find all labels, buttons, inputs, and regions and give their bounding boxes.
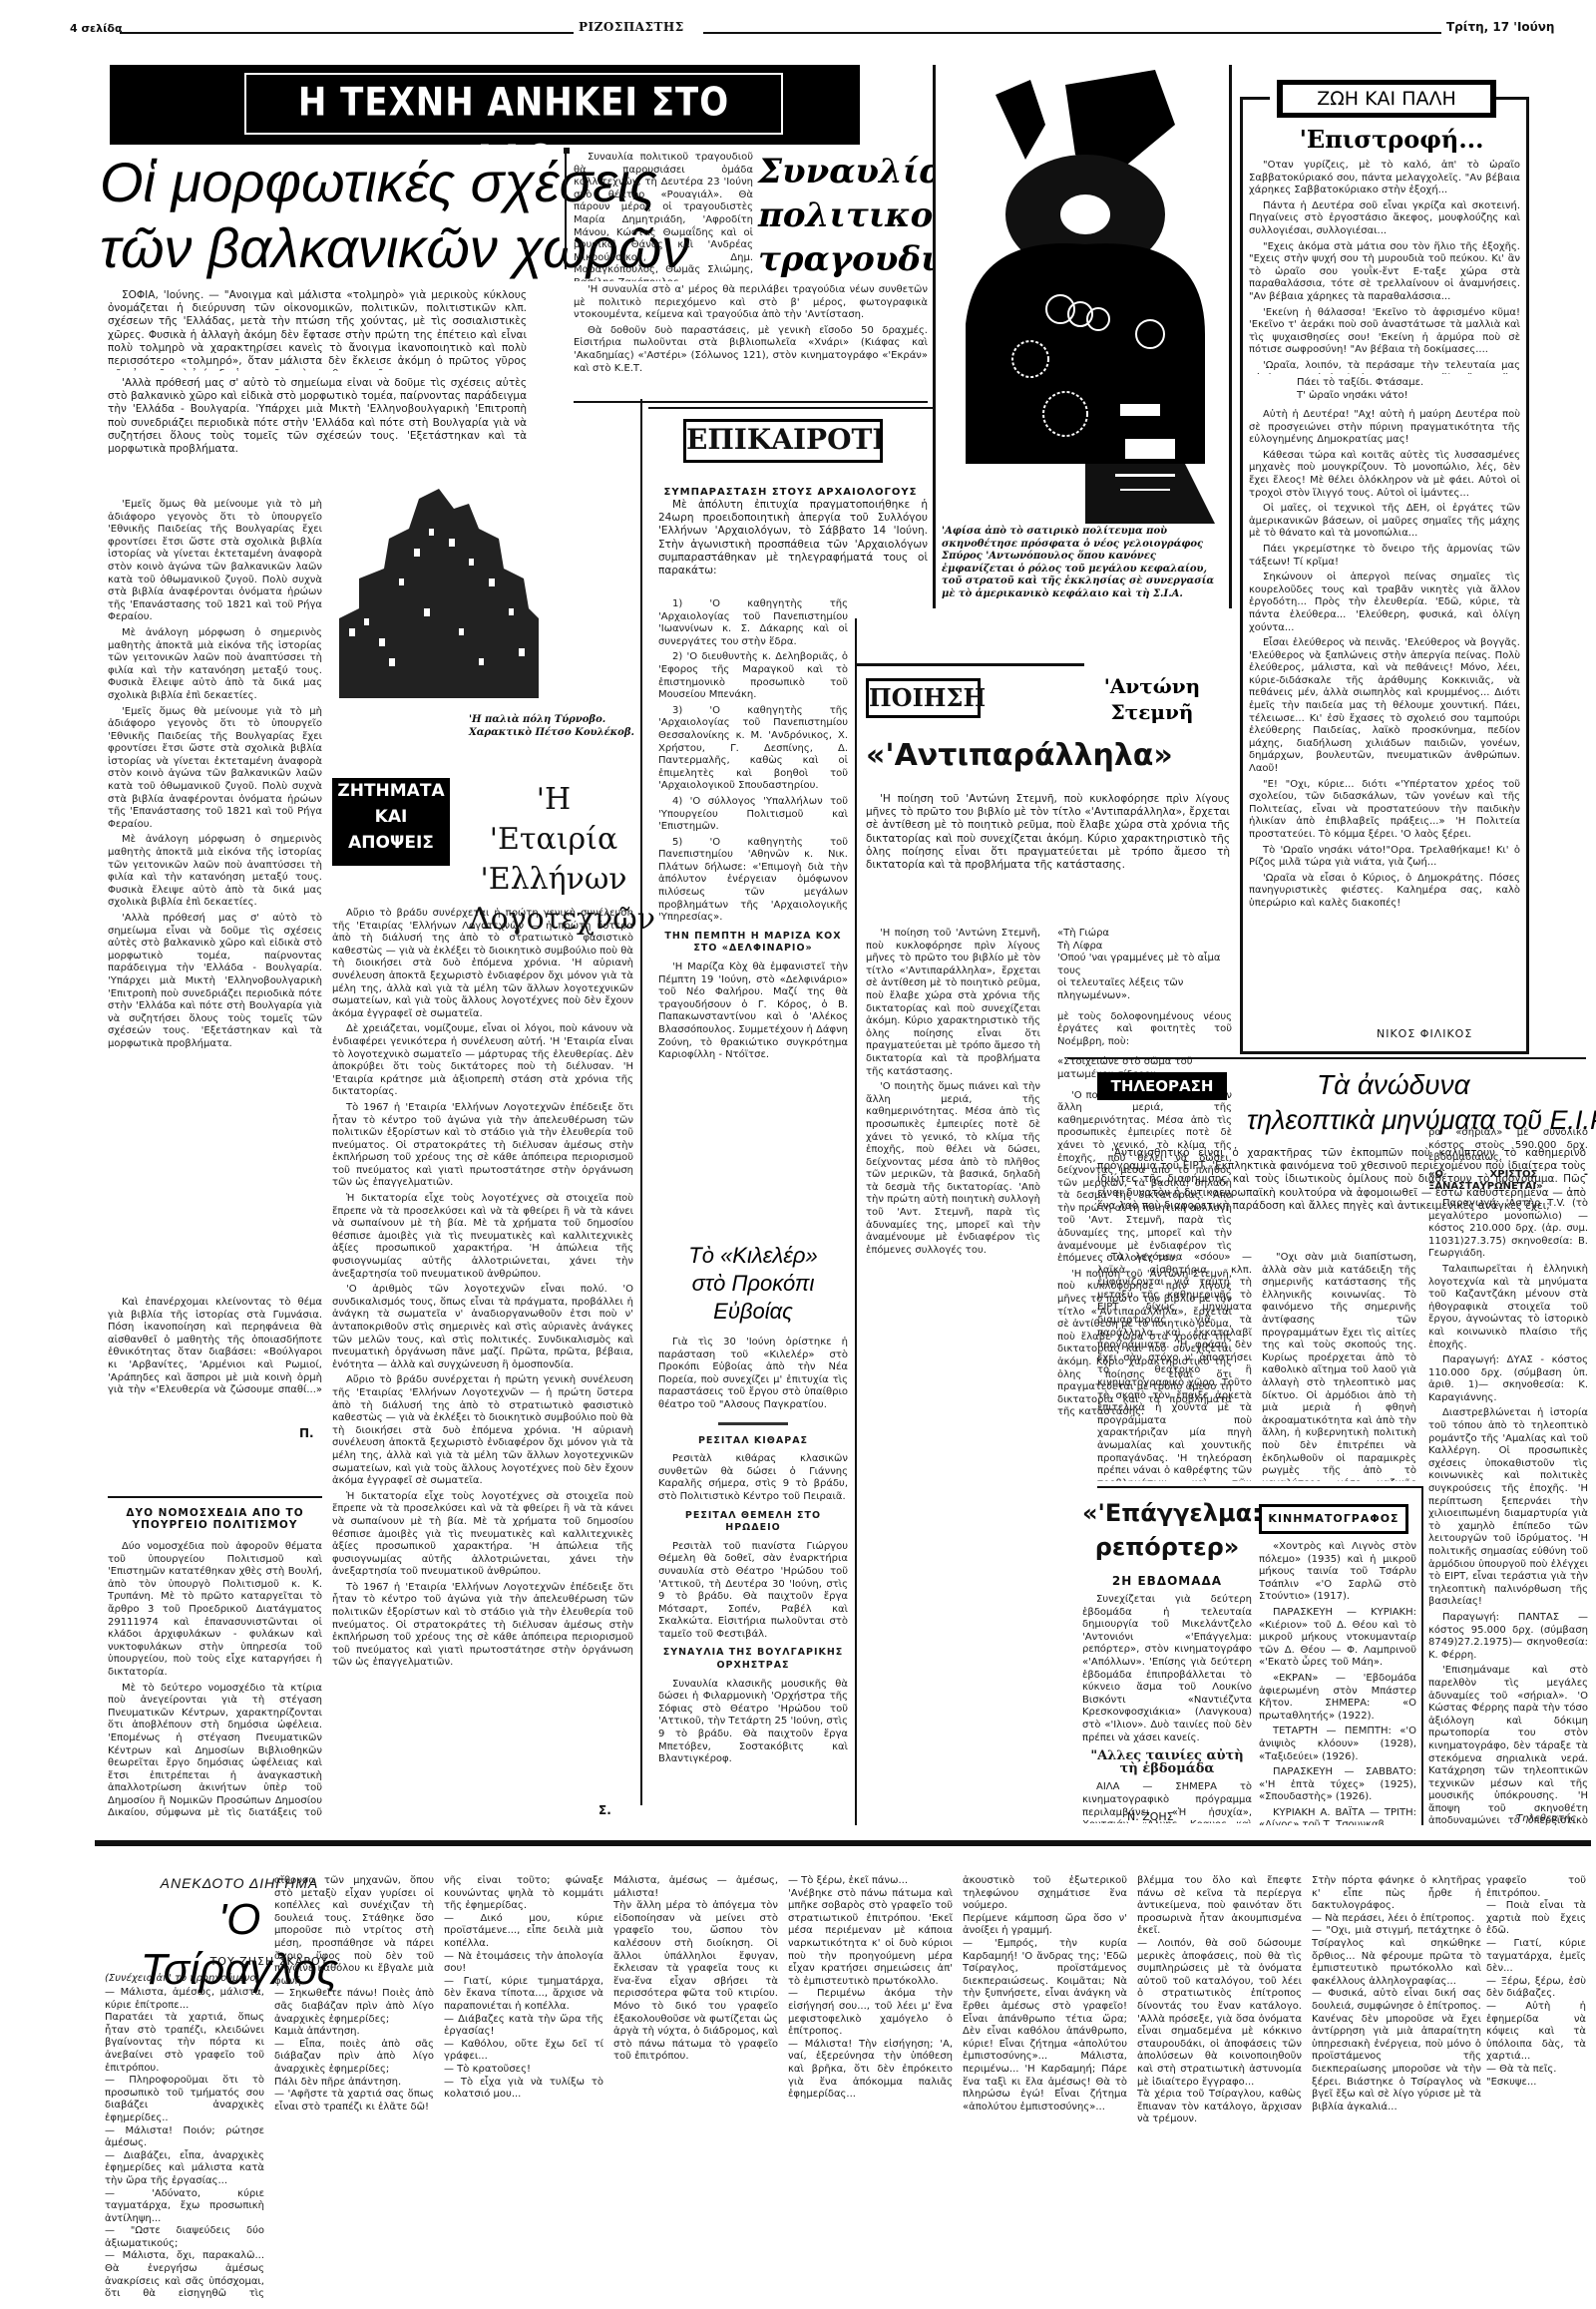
tileorasi-mid-rule bbox=[1097, 1486, 1421, 1488]
tileorasi-box: ΤΗΛΕΟΡΑΣΗ bbox=[1097, 1072, 1227, 1100]
zoi-paragraph-6: Αὐτὴ ἡ Δευτέρα! "Αχ! αὐτὴ ἡ μαύρη Δευτέρ… bbox=[1249, 409, 1520, 447]
cinema-item-5: ΠΑΡΑΣΚΕΥΗ — ΣΑΒΒΑΤΟ: «'Η ἐπτὰ τύχες» (19… bbox=[1259, 1766, 1416, 1804]
synavlia-paragraph-3: Θὰ δοθοῦν δυὸ παραστάσεις, μὲ γενικὴ εἴσ… bbox=[574, 325, 928, 375]
balkan-signature: Π. bbox=[299, 1426, 314, 1440]
zoi-paragraph-2: Πάντα ἡ Δευτέρα σοῦ εἶναι γκρίζα καὶ σκο… bbox=[1249, 200, 1520, 238]
zitimata-line2: ΚΑΙ bbox=[332, 804, 450, 830]
zoi-paragraph-14: 'Ωραῖα νὰ εἶσαι ὁ Κύριος, ὁ Δημοκράτης. … bbox=[1249, 873, 1520, 911]
poster-caption: 'Αφίσα ἀπὸ τὸ σατιρικὸ πολίτευμα ποὺ σκη… bbox=[942, 526, 1223, 600]
tileorasi-headline-1: Τὰ ἀνώδυνα bbox=[1317, 1069, 1470, 1101]
poiisi-title: ΠΟΙΗΣΗ bbox=[869, 683, 986, 712]
epikairotita-right-rule bbox=[855, 618, 857, 1825]
koch-text: 'Η Μαρίζα Κὸχ θὰ ἐμφανιστεῖ τὴν Πέμπτη 1… bbox=[658, 962, 848, 1062]
story-col1: — Μάλιστα, ἀμέσως, μάλιστα, κύριε ἐπίτρο… bbox=[105, 1987, 264, 2301]
balkan-column-mid: Καὶ ἐπανέρχομαι κλείνοντας τὸ θέμα γιὰ β… bbox=[108, 1297, 322, 1396]
zitimata-line3: ΑΠΟΨΕΙΣ bbox=[332, 830, 450, 856]
synavlia-bottom-rule bbox=[574, 401, 928, 403]
column-rule bbox=[640, 399, 642, 1805]
zoi-paragraph-13: Τὸ 'Ωραῖο νησάκι νάτο!"Ορα. Τρελαθήκαμε!… bbox=[1249, 845, 1520, 870]
amalia-review: Διαστρεβλώνεται ἡ ἱστορία τοῦ τόπου ἀπὸ … bbox=[1428, 1407, 1588, 1609]
tileorasi-title: ΤΗΛΕΟΡΑΣΗ bbox=[1111, 1077, 1214, 1095]
story-col3: νῆς εἶναι τοῦτο; φώναξε κουνώντας ψηλὰ τ… bbox=[444, 1875, 603, 2299]
kinimatografos-box: ΚΙΝΗΜΑΤΟΓΡΑΦΟΣ bbox=[1259, 1504, 1408, 1534]
zitimata-paragraph-2: Δὲ χρειάζεται, νομίζουμε, εἶναι οἱ λόγοι… bbox=[332, 1023, 633, 1099]
poster-lower-art bbox=[936, 464, 1229, 524]
tileorasi-col1-text: Τὰ λεγόμενα «σόου» — λαϊκὰ αἰσθητήρια κλ… bbox=[1097, 1252, 1252, 1481]
epikairotita-box: ΕΠΙΚΑΙΡΟΤΗΤΑ bbox=[683, 419, 883, 463]
synavlia-bullet bbox=[564, 148, 570, 154]
nomosxedia-paragraph-2: Μὲ τὸ δεύτερο νομοσχέδιο τὰ κτίρια ποὺ ἀ… bbox=[108, 1683, 322, 1820]
poiisi-verse-1: «Τὴ Γιώρα Τὴ Λίφρα 'Οπού 'ναι γραμμένες … bbox=[1057, 928, 1232, 1003]
themelis-recital-title: ΡΕΣΙΤΑΛ ΘΕΜΕΛΗ ΣΤΟ ΗΡΩΔΕΙΟ bbox=[658, 1510, 848, 1535]
themelis-recital-text: Ρεσιτὰλ τοῦ πιανίστα Γιώργου Θέμελη θὰ δ… bbox=[658, 1541, 848, 1642]
epikairotita-intro: Μὲ ἀπόλυτη ἐπιτυχία πραγματοποιήθηκε ἡ 2… bbox=[658, 499, 928, 593]
tileorasi-col1: Τὰ λεγόμενα «σόου» — λαϊκὰ αἰσθητήρια κλ… bbox=[1097, 1252, 1252, 1481]
zoi-paragraph-9: Πάει γκρεμίστηκε τὸ ὄνειρο τῆς ἁρμονίας … bbox=[1249, 544, 1520, 569]
masthead: 4 σελίδα ΡΙΖΟΣΠΑΣΤΗΣ Τρίτη, 17 'Ιούνη bbox=[70, 14, 1566, 38]
zoi-body-1: "Οταν γυρίζεις, μὲ τὸ καλό, ἀπ' τὸ ὡραῖο… bbox=[1249, 160, 1520, 374]
balkan-paragraph-3: 'Εμεῖς ὅμως θὰ μείνουμε γιὰ τὸ μὴ ἀδιάφο… bbox=[108, 499, 322, 624]
story-top-rule bbox=[95, 1840, 1591, 1846]
zoi-signature: ΝΙΚΟΣ ΦΙΛΙΚΟΣ bbox=[1377, 1027, 1472, 1040]
zoi-headline: 'Επιστροφή... bbox=[1277, 125, 1506, 154]
poiisi-author: 'Αντώνη Στεμνῆ bbox=[1087, 673, 1217, 725]
zitimata-paragraph-1: Αὔριο τὸ βράδυ συνέρχεται ἡ πρώτη γενικὴ… bbox=[332, 908, 633, 1020]
zitimata-paragraph-3: Τὸ 1967 ἡ 'Εταιρία 'Ελλήνων Λογοτεχνῶν ἐ… bbox=[332, 1102, 633, 1190]
kileler-headline: Τὸ «Κιλελέρ» στὸ Προκόπι Εὐβοίας bbox=[658, 1242, 848, 1326]
epangelma-headline-line1: «'Επάγγελμα: bbox=[1082, 1496, 1252, 1530]
other-films-text: ΑΙΛΑ — ΣΗΜΕΡΑ τὸ κινηματογραφικὸ πρόγραμ… bbox=[1082, 1781, 1252, 1823]
story-col9: γραφεῖο τοῦ ἐπιτρόπου. — Ποιὰ εἶναι τὰ χ… bbox=[1486, 1875, 1586, 2299]
masthead-rule-left bbox=[120, 32, 574, 34]
zoi-kai-pali-title: ΖΩΗ ΚΑΙ ΠΑΛΗ bbox=[1283, 85, 1490, 113]
epikairotita-item-2: 2) 'Ο διευθυντὴς κ. Δεληβοριᾶς, ὁ 'Εφορο… bbox=[658, 651, 848, 701]
zitimata-line1: ΖΗΤΗΜΑΤΑ bbox=[332, 778, 450, 804]
zoi-paragraph-11: Εἶσαι ἐλεύθερος νὰ πεινᾶς. 'Ελεύθερος νὰ… bbox=[1249, 637, 1520, 776]
zitimata-body: Αὔριο τὸ βράδυ συνέρχεται ἡ πρώτη γενικὴ… bbox=[332, 908, 633, 1800]
nomosxedia-title: ΔΥΟ ΝΟΜΟΣΧΕΔΙΑ ΑΠΟ ΤΟ ΥΠΟΥΡΓΕΙΟ ΠΟΛΙΤΙΣΜ… bbox=[108, 1507, 322, 1531]
tileorasi-col-rule bbox=[1421, 1486, 1423, 1825]
zitimata-box: ΖΗΤΗΜΑΤΑ ΚΑΙ ΑΠΟΨΕΙΣ bbox=[332, 778, 450, 866]
balkan-paragraph-2-cont: 'Αλλὰ πρόθεσή μας σ' αὐτὸ τὸ σημείωμα εἶ… bbox=[108, 913, 322, 1051]
story-col6: ἀκουστικὸ τοῦ ἐξωτερικοῦ τηλεφώνου σχημά… bbox=[963, 1875, 1127, 2299]
epangelma-headline: «'Επάγγελμα: ρεπόρτερ» bbox=[1082, 1496, 1252, 1564]
story-col4: Μάλιστα, ἀμέσως — ἀμέσως, μάλιστα! Τὴν ἄ… bbox=[613, 1875, 778, 2299]
section-banner: Η ΤΕΧΝΗ ΑΝΗΚΕΙ ΣΤΟ ΛΑΟ bbox=[110, 65, 860, 145]
kinimatografos-body: «Χοντρὸς καὶ Λιγνὸς στὸν πόλεμο» (1935) … bbox=[1259, 1541, 1416, 1825]
bulgarian-orchestra-title: ΣΥΝΑΥΛΙΑ ΤΗΣ ΒΟΥΛΓΑΡΙΚΗΣ ΟΡΧΗΣΤΡΑΣ bbox=[658, 1647, 848, 1672]
zoi-kai-pali-box: ΖΩΗ ΚΑΙ ΠΑΛΗ bbox=[1277, 80, 1496, 118]
story-col2: αἴθουσα τῶν μηχανῶν, ὅπου στὸ μεταξὺ εἶχ… bbox=[274, 1875, 434, 2299]
poiisi-box: ΠΟΙΗΣΗ bbox=[866, 678, 981, 718]
christos-title: «Ο ΧΡΙΣΤΟΣ - ΞΑΝΑΣΤΑΥΡΩΝΕΤΑΙ» bbox=[1428, 1169, 1588, 1194]
kileler-headline-line1: Τὸ «Κιλελέρ» bbox=[658, 1242, 848, 1270]
issue-date: Τρίτη, 17 'Ιούνη bbox=[1446, 20, 1554, 34]
balkan-paragraph-4-cont: Μὲ ἀνάλογη μόρφωση ὁ σημερινὸς μαθητὴς ἀ… bbox=[108, 834, 322, 910]
synavlia-headline: Συναυλία πολιτικοῦ τραγουδιοῦ bbox=[758, 150, 933, 281]
zoi-paragraph-10: Σηκώνουν οἱ ἀπεργοὶ πείνας σημαῖες τὶς κ… bbox=[1249, 572, 1520, 634]
epikairotita-title: ΕΠΙΚΑΙΡΟΤΗΤΑ bbox=[686, 423, 883, 456]
nomosxedia-rule bbox=[108, 1496, 322, 1498]
christos-production: Παραγωγή: 'Αστὴρ Τ.V. (τὸ μεγαλύτερο μον… bbox=[1428, 1198, 1588, 1261]
epangelma-text: Συνεχίζεται γιὰ δεύτερη ἑβδομάδα ἡ τελευ… bbox=[1082, 1594, 1252, 1744]
koch-title: ΤΗΝ ΠΕΜΠΤΗ Η ΜΑΡΙΖΑ ΚΟΧ ΣΤΟ «ΔΕΛΦΙΝΑΡΙΟ» bbox=[658, 931, 848, 956]
epangelma-body: Συνεχίζεται γιὰ δεύτερη ἑβδομάδα ἡ τελευ… bbox=[1082, 1594, 1252, 1823]
epangelma-week: 2Η ΕΒΔΟΜΑΔΑ bbox=[1082, 1574, 1252, 1588]
synavlia-lead: Συναυλία πολιτικοῦ τραγουδιοῦ θὰ παρουσι… bbox=[574, 152, 753, 281]
story-col5: — Τὸ ξέρω, ἐκεῖ πάνω... 'Ανέβηκε στὸ πάν… bbox=[788, 1875, 953, 2299]
cinema-item-3: «ΕΚΡΑΝ» — 'Εβδομάδα ἀφιερωμένη στὸν Μπάσ… bbox=[1259, 1673, 1416, 1723]
epikairotita-item-3: 3) 'Ο καθηγητὴς τῆς 'Αρχαιολογίας τοῦ Πα… bbox=[658, 705, 848, 793]
zitimata-headline-line1: 'Η 'Εταιρία bbox=[469, 780, 638, 860]
engraving-illustration bbox=[329, 469, 549, 708]
poiisi-col1-text: 'Η ποίηση τοῦ 'Αντώνη Στεμνῆ, ποὺ κυκλοφ… bbox=[866, 928, 1040, 1078]
kileler-body: Γιὰ τὶς 30 'Ιούνη ὁρίστηκε ἡ παράσταση τ… bbox=[658, 1337, 848, 1815]
balkan-intro: ΣΟΦΙΑ, 'Ιούνης. — "Ανοιγμα καὶ μάλιστα «… bbox=[108, 289, 527, 371]
epikairotita-item-1: 1) 'Ο καθηγητὴς τῆς 'Αρχαιολογίας τοῦ Πα… bbox=[658, 598, 848, 648]
christos-review: Ταλαιπωρεῖται ἡ ἑλληνικὴ λογοτεχνία καὶ … bbox=[1428, 1264, 1588, 1351]
zoi-frame-top-left bbox=[1240, 97, 1270, 100]
zoi-paragraph-5: 'Ωραῖα, λοιπόν, τὰ περάσαμε τὴν τελευταί… bbox=[1249, 360, 1520, 374]
zitimata-headline-line2: 'Ελλήνων bbox=[469, 860, 638, 900]
zoi-paragraph-4: 'Εκείνη ἡ θάλασσα! 'Εκεῖνο τὸ ἀφρισμένο … bbox=[1249, 307, 1520, 357]
zoi-paragraph-3: "Εχεις ἀκόμα στὰ μάτια σου τὸν ἥλιο τῆς … bbox=[1249, 241, 1520, 304]
synavlia-headline-line3: τραγουδιοῦ bbox=[758, 237, 933, 281]
bulgarian-orchestra-text: Συναυλία κλασικῆς μουσικῆς θὰ δώσει ἡ Φι… bbox=[658, 1679, 848, 1766]
page-label: 4 σελίδα bbox=[70, 22, 123, 35]
tileorasi-col2-text: "Οχι σὰν μιὰ διαπίστωση, ἀλλὰ σὰν μιὰ κα… bbox=[1262, 1252, 1416, 1481]
synavlia-paragraph-2: 'Η συναυλία στὸ α' μέρος θὰ περιλάβει τρ… bbox=[574, 284, 928, 322]
synavlia-left-rule bbox=[565, 150, 567, 269]
zitimata-paragraph-5: 'Ο ἀριθμὸς τῶν λογοτεχνῶν εἶναι πολύ. 'Ο… bbox=[332, 1284, 633, 1371]
story-continued: (Συνέχεια ἀπ' τὸ προηγούμενο) bbox=[105, 1973, 264, 1986]
zitimata-paragraph-6: Αὔριο τὸ βράδυ συνέρχεται ἡ πρώτη γενικὴ… bbox=[332, 1374, 633, 1487]
poiisi-author-line1: 'Αντώνη bbox=[1087, 673, 1217, 699]
story-col7: βλέμμα του ὅλο καὶ ἔπεφτε πάνω σὲ κεῖνα … bbox=[1137, 1875, 1302, 2299]
story-col8: Στὴν πόρτα φάνηκε ὁ κλητῆρας κ' εἶπε πὼς… bbox=[1312, 1875, 1481, 2299]
banner-title: Η ΤΕΧΝΗ ΑΝΗΚΕΙ ΣΤΟ ΛΑΟ bbox=[259, 74, 768, 132]
tileorasi-col3-text: ρα «σήριαλ» μὲ συνολικὸ κόστος στοὺς 590… bbox=[1428, 1127, 1588, 1165]
engraving-caption: 'Η παλιὰ πόλη Τύρνοβο. Χαρακτικὸ Πέτσο Κ… bbox=[469, 713, 638, 739]
poster-illustration bbox=[936, 65, 1229, 464]
poiisi-col1: 'Η ποίηση τοῦ 'Αντώνη Στεμνῆ, ποὺ κυκλοφ… bbox=[866, 928, 1040, 1825]
cinema-item-1: «Χοντρὸς καὶ Λιγνὸς στὸν πόλεμο» (1935) … bbox=[1259, 1541, 1416, 1604]
poiisi-headline: «'Αντιπαράλληλα» bbox=[866, 738, 1125, 773]
amalia-production: Παραγωγή: ΔΥΑΣ - κόστος 110.000 δρχ. (σύ… bbox=[1428, 1354, 1588, 1404]
balkan-headline: Οἱ μορφωτικές σχέσεις τῶν βαλκανικῶν χωρ… bbox=[100, 150, 618, 281]
poiisi-author-line2: Στεμνῆ bbox=[1087, 699, 1217, 725]
other-films-title: "Αλλες ταινίες αὐτὴ τὴ ἑβδομάδα bbox=[1082, 1750, 1252, 1775]
masthead-rule-right bbox=[703, 32, 1441, 34]
poster-lower bbox=[936, 464, 1229, 524]
epikairotita-section-title: ΣΥΜΠΑΡΑΣΤΑΣΗ ΣΤΟΥΣ ΑΡΧΑΙΟΛΟΓΟΥΣ bbox=[658, 487, 923, 498]
zoi-body-2: Αὐτὴ ἡ Δευτέρα! "Αχ! αὐτὴ ἡ μαύρη Δευτέρ… bbox=[1249, 409, 1520, 1022]
zoi-paragraph-1: "Οταν γυρίζεις, μὲ τὸ καλό, ἀπ' τὸ ὡραῖο… bbox=[1249, 160, 1520, 197]
kileler-headline-line2: στὸ Προκόπι bbox=[658, 1270, 848, 1298]
pantas-review: 'Επισημάναμε καὶ στὸ παρελθὸν τὶς μεγάλε… bbox=[1428, 1665, 1588, 1825]
balkan-headline-line1: Οἱ μορφωτικές σχέσεις bbox=[100, 150, 618, 215]
kinimatografos-title: ΚΙΝΗΜΑΤΟΓΡΑΦΟΣ bbox=[1268, 1512, 1398, 1525]
zoi-paragraph-7: Κάθεσαι τώρα καὶ κοιτᾶς αὐτὲς τὶς λυσσασ… bbox=[1249, 450, 1520, 500]
balkan-headline-line2: τῶν βαλκανικῶν χωρῶν bbox=[100, 215, 618, 281]
epikairotita-top-rule bbox=[648, 407, 933, 409]
epikairotita-intro-text: Μὲ ἀπόλυτη ἐπιτυχία πραγματοποιήθηκε ἡ 2… bbox=[658, 499, 928, 577]
paper-name: ΡΙΖΟΣΠΑΣΤΗΣ bbox=[579, 20, 684, 34]
epikairotita-item-5: 5) 'Ο καθηγητὴς τοῦ Πανεπιστημίου 'Αθηνῶ… bbox=[658, 837, 848, 925]
poiisi-intro-text: 'Η ποίηση τοῦ 'Αντώνη Στεμνῆ, ποὺ κυκλοφ… bbox=[866, 793, 1230, 872]
synavlia-headline-line2: πολιτικοῦ bbox=[758, 193, 933, 237]
zitimata-paragraph-8: Τὸ 1967 ἡ 'Εταιρία 'Ελλήνων Λογοτεχνῶν ἐ… bbox=[332, 1582, 633, 1670]
tileorasi-signature: Τηλεθεατής bbox=[1516, 1813, 1576, 1824]
cinema-item-4: ΤΕΤΑΡΤΗ — ΠΕΜΠΤΗ: «'Ο ἀνιψιὸς κλόουν» (1… bbox=[1259, 1726, 1416, 1763]
zitimata-paragraph-4: Ἡ δικτατορία εἶχε τοὺς λογοτέχνες σὰ στο… bbox=[332, 1193, 633, 1281]
guitar-recital-text: Ρεσιτὰλ κιθάρας κλασικῶν συνθετῶν θὰ δώσ… bbox=[658, 1453, 848, 1503]
balkan-paragraph-4: Μὲ ἀνάλογη μόρφωση ὁ σημερινὸς μαθητὴς ἀ… bbox=[108, 627, 322, 703]
tileorasi-col2: "Οχι σὰν μιὰ διαπίστωση, ἀλλὰ σὰν μιὰ κα… bbox=[1262, 1252, 1416, 1481]
synavlia-body: 'Η συναυλία στὸ α' μέρος θὰ περιλάβει τρ… bbox=[574, 284, 928, 394]
poiisi-frame bbox=[855, 663, 1084, 666]
balkan-column: 'Εμεῖς ὅμως θὰ μείνουμε γιὰ τὸ μὴ ἀδιάφο… bbox=[108, 499, 322, 1297]
poster-frame: 'Αφίσα ἀπὸ τὸ σατιρικὸ πολίτευμα ποὺ σκη… bbox=[933, 65, 1232, 608]
epangelma-headline-line2: ρεπόρτερ» bbox=[1082, 1530, 1252, 1564]
zoi-paragraph-12: "Ε! "Οχι, κύριε... διότι «'Υπέρτατον χρέ… bbox=[1249, 779, 1520, 842]
poiisi-col1-closing: 'Ο ποιητὴς ὅμως πιάνει καὶ τὴν ἄλλη μερι… bbox=[866, 1081, 1040, 1257]
zitimata-signature: Σ. bbox=[598, 1803, 611, 1817]
cinema-item-6: ΚΥΡΙΑΚΗ Α. ΒΑΪΤΑ — ΤΡΙΤΗ: «Λίγος» τοῦ Τ.… bbox=[1259, 1807, 1416, 1825]
poiisi-intro: 'Η ποίηση τοῦ 'Αντώνη Στεμνῆ, ποὺ κυκλοφ… bbox=[866, 793, 1230, 923]
nomosxedia-body: Δύο νομοσχέδια ποὺ ἀφοροῦν θέματα τοῦ ὑπ… bbox=[108, 1541, 322, 1820]
poiisi-mid-text: μὲ τοὺς δολοφονημένους νέους ἐργάτες καὶ… bbox=[1057, 1011, 1232, 1049]
cinema-item-2: ΠΑΡΑΣΚΕΥΗ — ΚΥΡΙΑΚΗ: «Κιέριον» τοῦ Δ. Θέ… bbox=[1259, 1607, 1416, 1670]
epikairotita-item-4: 4) 'Ο σύλλογος 'Υπαλλήλων τοῦ 'Υπουργείο… bbox=[658, 796, 848, 834]
zoi-verse: Πάει τὸ ταξίδι. Φτάσαμε. Τ' ὡραῖο νησάκι… bbox=[1297, 377, 1496, 407]
kileler-divider bbox=[718, 1422, 788, 1425]
old-town-engraving bbox=[329, 469, 549, 708]
balkan-paragraph-1: ΣΟΦΙΑ, 'Ιούνης. — "Ανοιγμα καὶ μάλιστα «… bbox=[108, 289, 527, 371]
tileorasi-top-rule bbox=[1067, 1057, 1586, 1059]
balkan-paragraph-2: 'Αλλὰ πρόθεσή μας σ' αὐτὸ τὸ σημείωμα εἶ… bbox=[108, 377, 527, 456]
balkan-paragraph-5: Καὶ ἐπανέρχομαι κλείνοντας τὸ θέμα γιὰ β… bbox=[108, 1297, 322, 1396]
synavlia-paragraph-1: Συναυλία πολιτικοῦ τραγουδιοῦ θὰ παρουσι… bbox=[574, 152, 753, 281]
kileler-headline-line3: Εὐβοίας bbox=[658, 1298, 848, 1326]
zoi-paragraph-8: Οἱ μαῖες, οἱ τεχνικοὶ τῆς ΔΕΗ, οἱ ἐργάτε… bbox=[1249, 503, 1520, 541]
kileler-text: Γιὰ τὶς 30 'Ιούνη ὁρίστηκε ἡ παράσταση τ… bbox=[658, 1337, 848, 1412]
balkan-paragraph-3-cont: 'Εμεῖς ὅμως θὰ μείνουμε γιὰ τὸ μὴ ἀδιάφο… bbox=[108, 706, 322, 832]
nomosxedia-paragraph-1: Δύο νομοσχέδια ποὺ ἀφοροῦν θέματα τοῦ ὑπ… bbox=[108, 1541, 322, 1680]
zitimata-paragraph-7: Ἡ δικτατορία εἶχε τοὺς λογοτέχνες σὰ στο… bbox=[332, 1491, 633, 1579]
pantas-production: Παραγωγή: ΠΑΝΤΑΣ —κόστος 95.000 δρχ. (σύ… bbox=[1428, 1612, 1588, 1662]
tileorasi-col3: ρα «σήριαλ» μὲ συνολικὸ κόστος στοὺς 590… bbox=[1428, 1127, 1588, 1825]
synavlia-headline-line1: Συναυλία bbox=[758, 150, 933, 193]
guitar-recital-title: ΡΕΣΙΤΑΛ ΚΙΘΑΡΑΣ bbox=[658, 1435, 848, 1448]
epikairotita-list: 1) 'Ο καθηγητὴς τῆς 'Αρχαιολογίας τοῦ Πα… bbox=[658, 598, 848, 1067]
